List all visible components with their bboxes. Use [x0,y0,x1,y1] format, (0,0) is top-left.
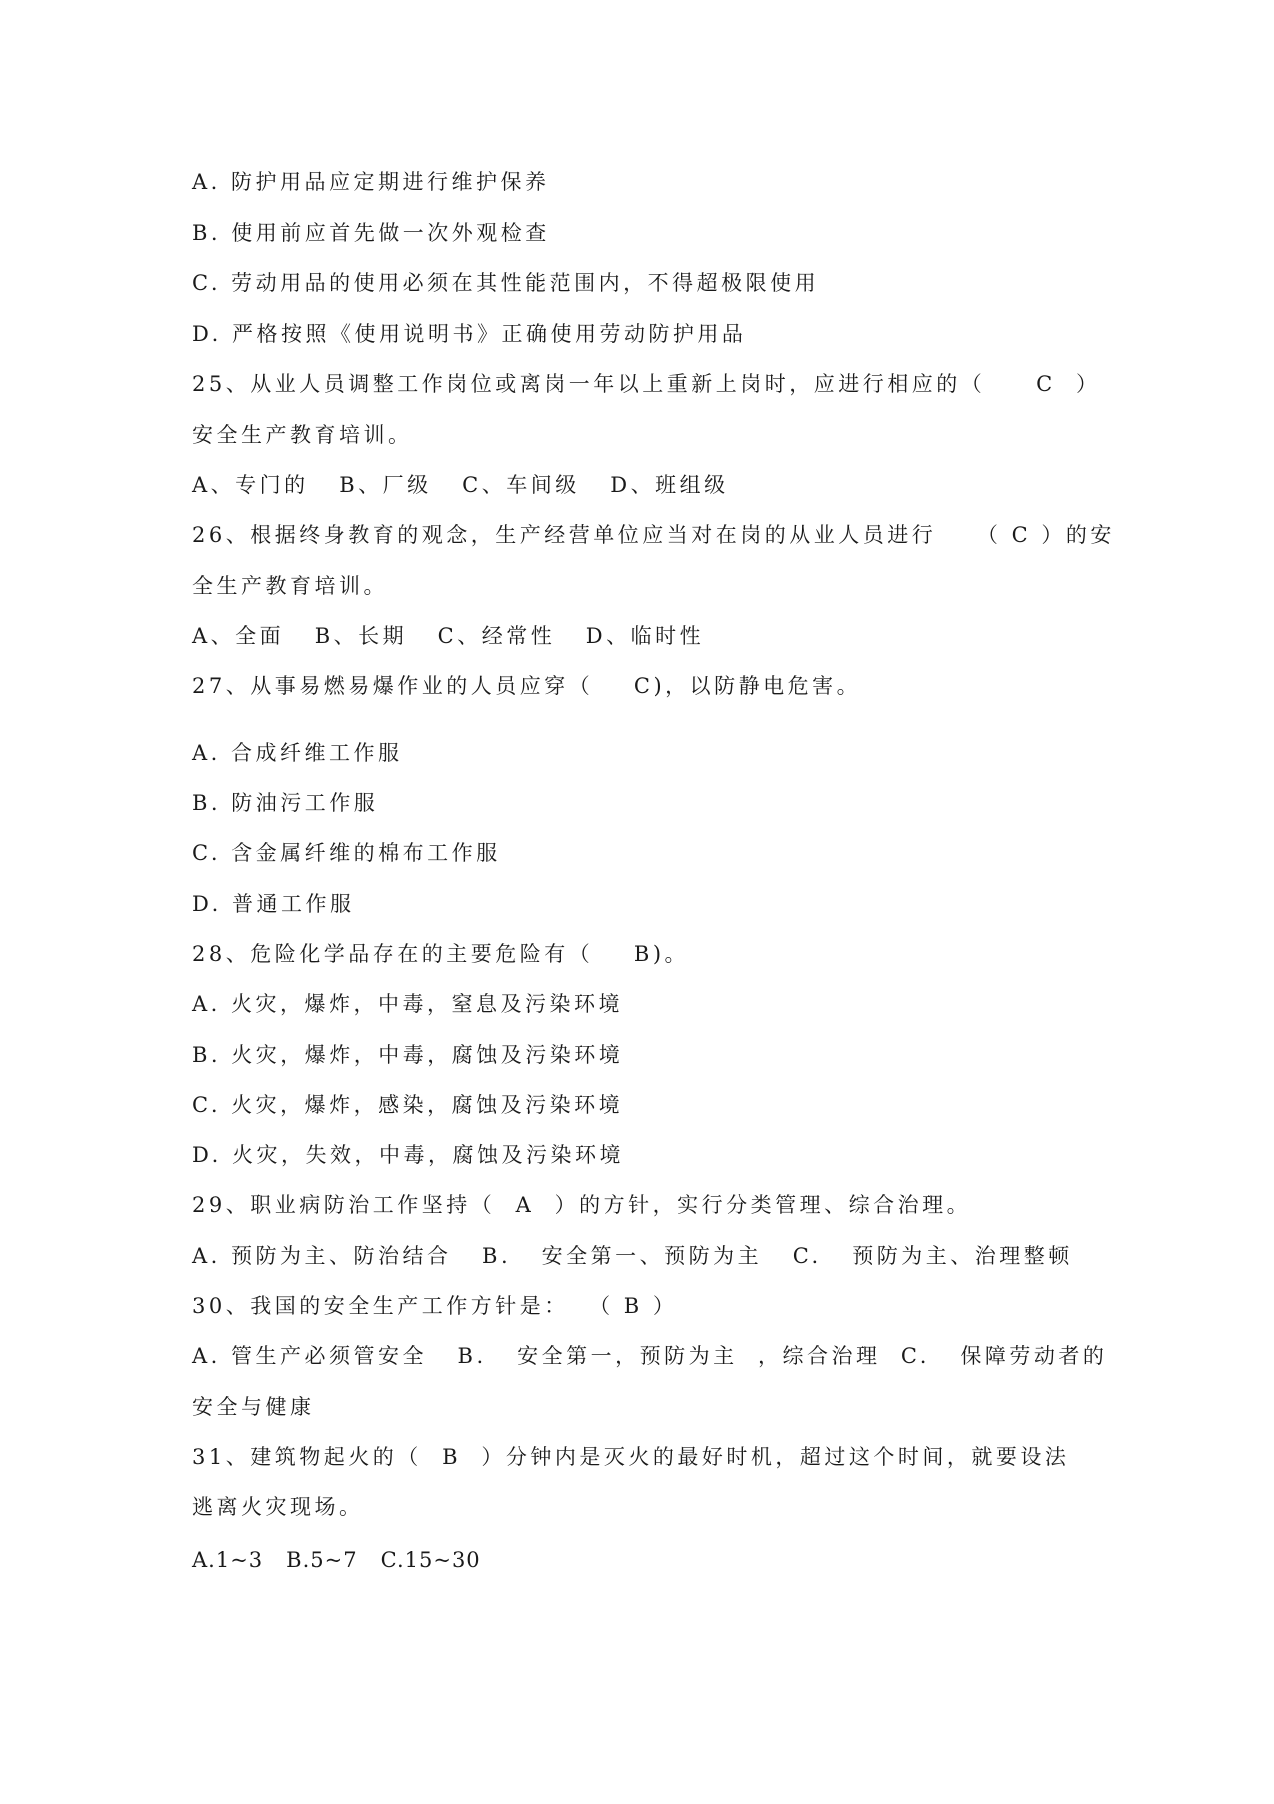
q27-option-c: C. 含金属纤维的棉布工作服 [192,838,501,868]
q25-question-stem: 25、从业人员调整工作岗位或离岗一年以上重新上岗时，应进行相应的（ C ） [192,369,1101,399]
q26-question-stem-continued: 全生产教育培训。 [192,571,388,601]
document-page: A. 防护用品应定期进行维护保养 B. 使用前应首先做一次外观检查 C. 劳动用… [0,0,1274,1804]
q25-options: A、专门的 B、厂级 C、车间级 D、班组级 [192,470,729,500]
q29-question-stem: 29、职业病防治工作坚持（ A ）的方针，实行分类管理、综合治理。 [192,1190,971,1220]
q30-options: A. 管生产必须管安全 B. 安全第一，预防为主 ，综合治理 C. 保障劳动者的 [192,1341,1107,1371]
q24-option-b: B. 使用前应首先做一次外观检查 [192,218,550,248]
q24-option-a: A. 防护用品应定期进行维护保养 [192,167,550,197]
q24-option-c: C. 劳动用品的使用必须在其性能范围内，不得超极限使用 [192,268,819,298]
q31-question-stem: 31、建筑物起火的（ B ）分钟内是灭火的最好时机，超过这个时间，就要设法 [192,1442,1069,1472]
q28-question-stem: 28、危险化学品存在的主要危险有（ B)。 [192,939,689,969]
q26-question-stem: 26、根据终身教育的观念，生产经营单位应当对在岗的从业人员进行 （ C ）的安 [192,520,1115,550]
q30-question-stem: 30、我国的安全生产工作方针是： （ B ） [192,1291,677,1321]
q28-option-a: A. 火灾，爆炸，中毒，窒息及污染环境 [192,989,623,1019]
q28-option-d: D. 火灾，失效，中毒，腐蚀及污染环境 [192,1140,624,1170]
q30-options-continued: 安全与健康 [192,1392,315,1422]
q27-option-a: A. 合成纤维工作服 [192,738,403,768]
q31-question-stem-continued: 逃离火灾现场。 [192,1492,364,1522]
q27-option-d: D. 普通工作服 [192,889,354,919]
q31-options: A.1~3 B.5~7 C.15~30 [192,1545,481,1575]
q25-question-stem-continued: 安全生产教育培训。 [192,420,413,450]
q27-option-b: B. 防油污工作服 [192,788,378,818]
q24-option-d: D. 严格按照《使用说明书》正确使用劳动防护用品 [192,319,746,349]
q28-option-c: C. 火灾，爆炸，感染，腐蚀及污染环境 [192,1090,623,1120]
q29-options: A. 预防为主、防治结合 B. 安全第一、预防为主 C. 预防为主、治理整顿 [192,1241,1073,1271]
q26-options: A、全面 B、长期 C、经常性 D、临时性 [192,621,704,651]
q28-option-b: B. 火灾，爆炸，中毒，腐蚀及污染环境 [192,1040,623,1070]
q27-question-stem: 27、从事易燃易爆作业的人员应穿（ C)，以防静电危害。 [192,671,861,701]
